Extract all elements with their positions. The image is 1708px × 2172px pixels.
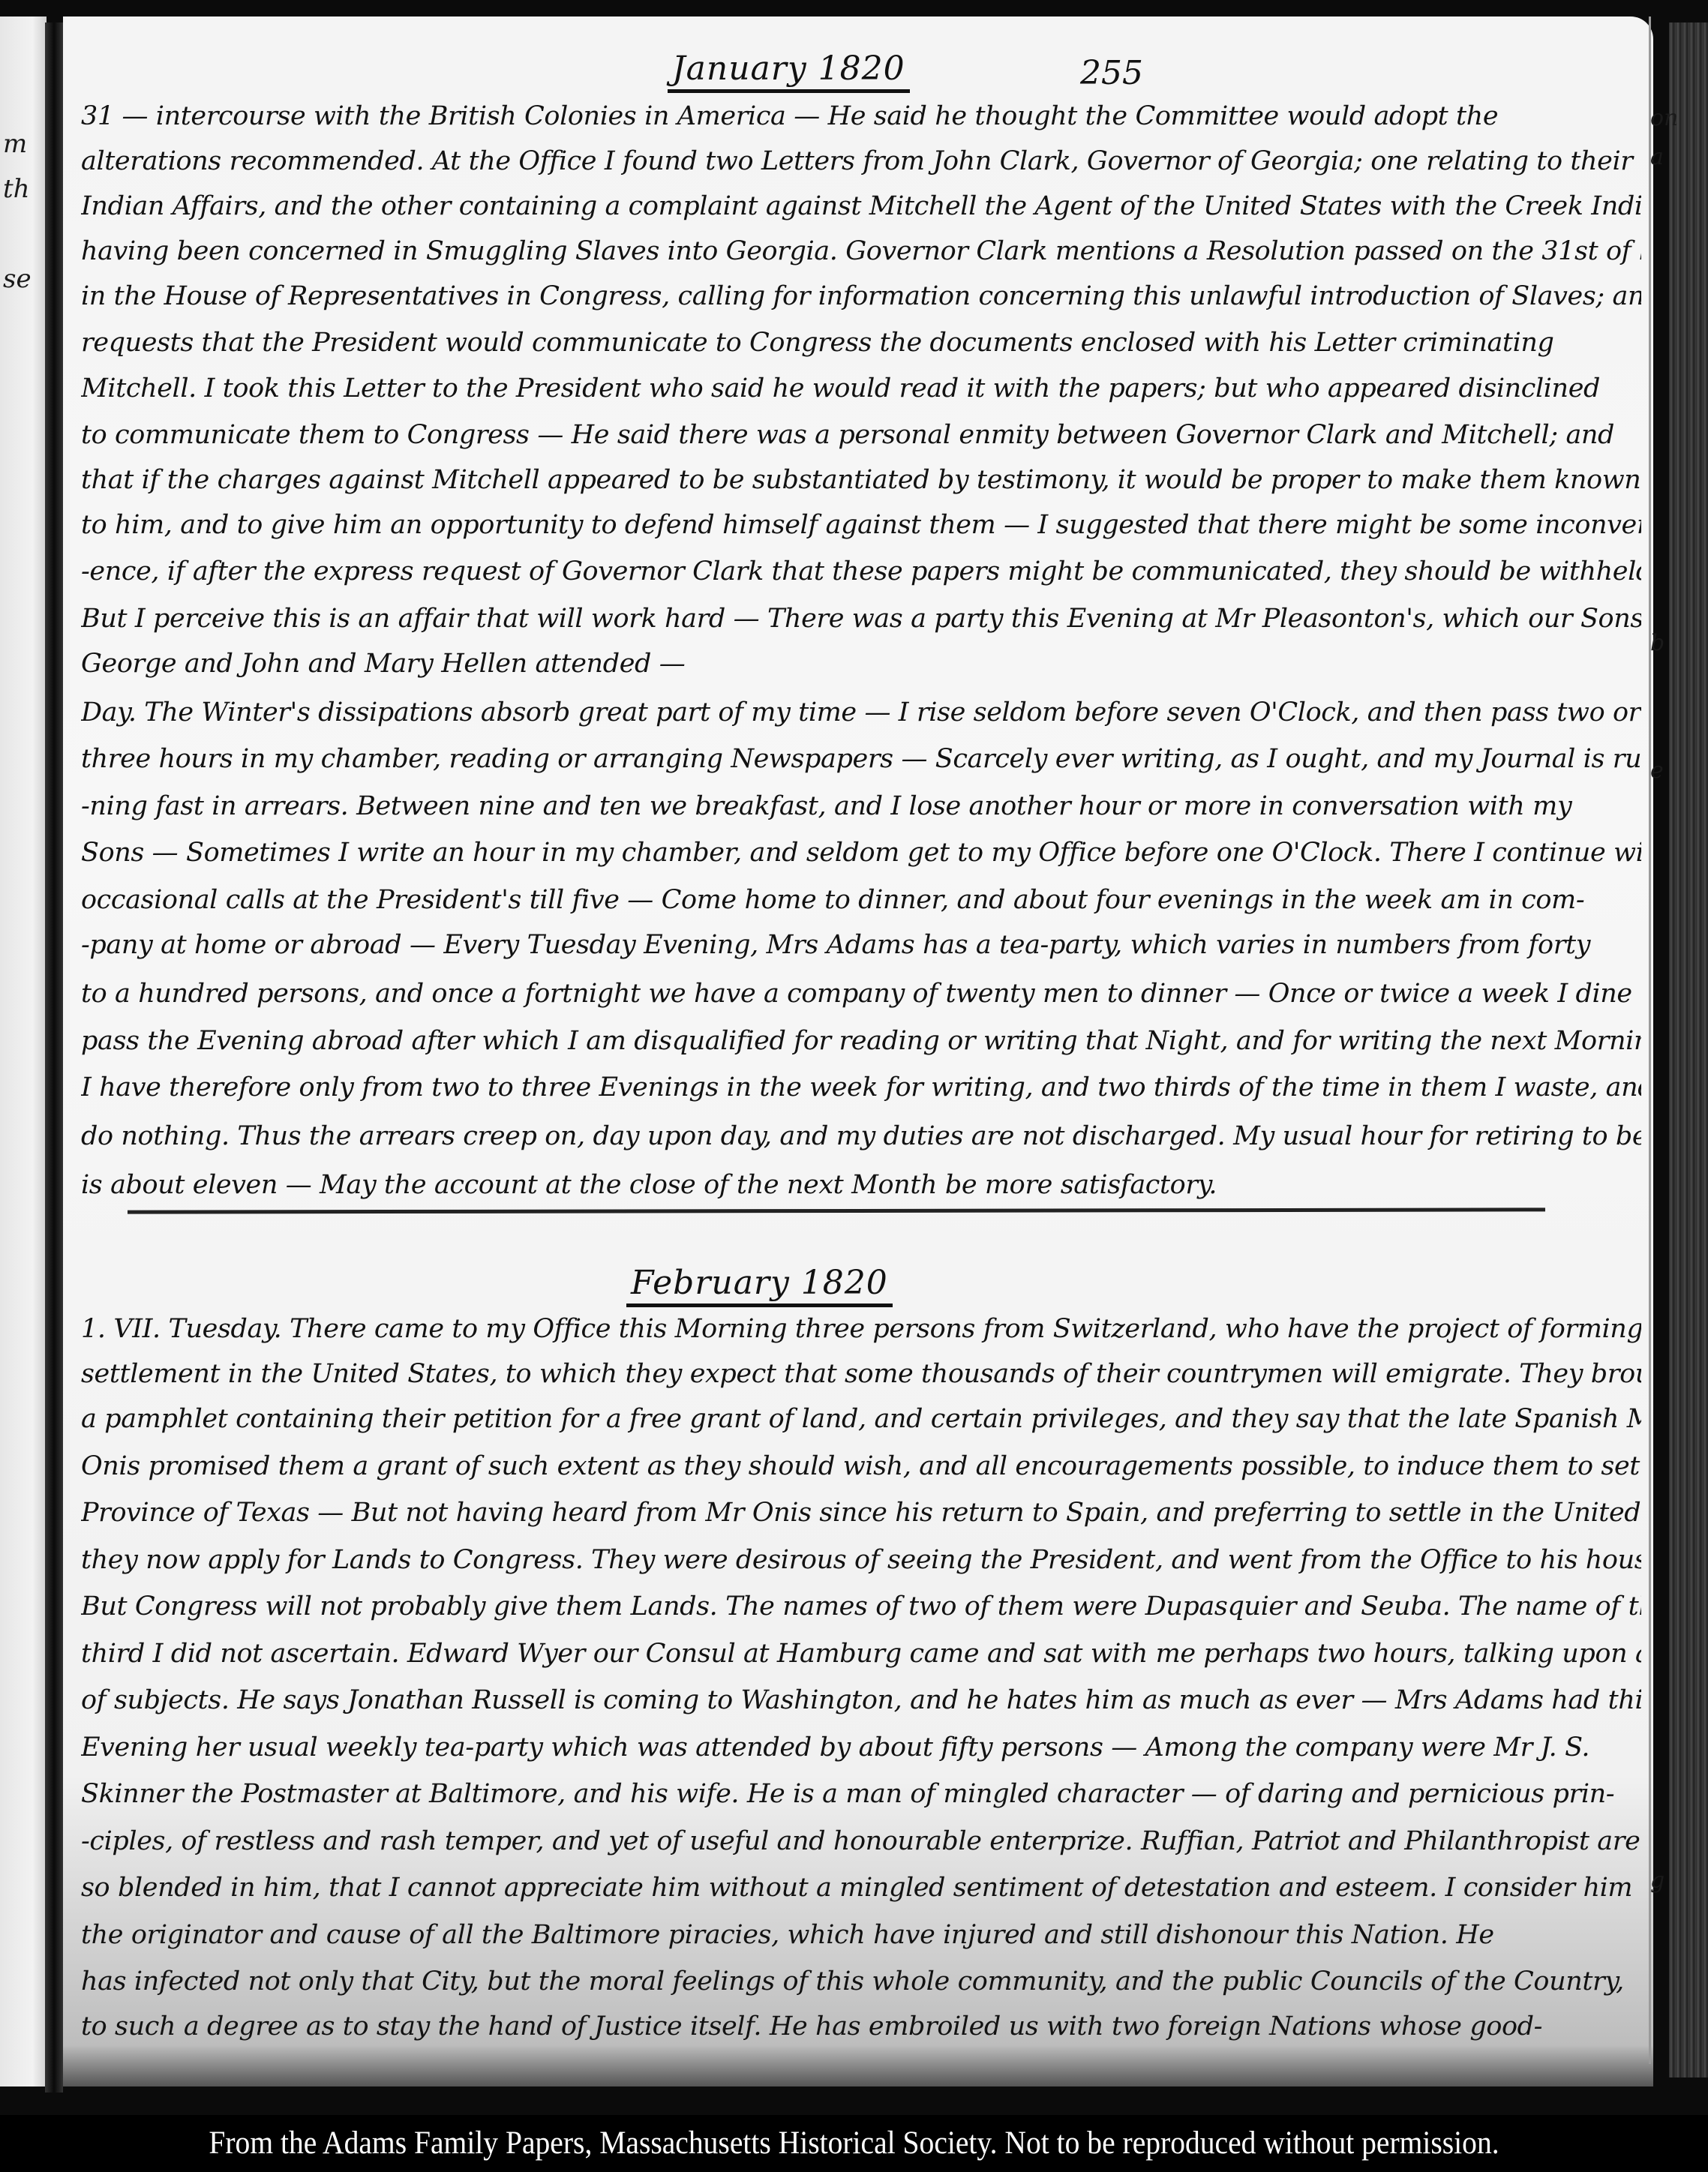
manuscript-line: to a hundred persons, and once a fortnig…	[81, 979, 1641, 1009]
manuscript-line: three hours in my chamber, reading or ar…	[81, 744, 1641, 774]
right-margin-fragment: a	[1650, 144, 1664, 170]
manuscript-line: But I perceive this is an affair that wi…	[81, 604, 1641, 634]
manuscript-line: has infected not only that City, but the…	[81, 1966, 1641, 1996]
right-margin-fragment: g	[1650, 1867, 1664, 1894]
manuscript-line: Skinner the Postmaster at Baltimore, and…	[81, 1779, 1641, 1809]
manuscript-line: I have therefore only from two to three …	[81, 1072, 1641, 1102]
manuscript-scan: m th se on a b e g January 1820 255 31 —…	[0, 0, 1708, 2115]
manuscript-line: a pamphlet containing their petition for…	[81, 1404, 1641, 1434]
manuscript-line: do nothing. Thus the arrears creep on, d…	[81, 1121, 1641, 1151]
manuscript-line: to communicate them to Congress — He sai…	[81, 420, 1641, 450]
manuscript-line: -ciples, of restless and rash temper, an…	[81, 1826, 1641, 1856]
manuscript-line: to such a degree as to stay the hand of …	[81, 2011, 1641, 2041]
manuscript-line: Onis promised them a grant of such exten…	[81, 1451, 1641, 1481]
manuscript-line: Province of Texas — But not having heard…	[81, 1498, 1641, 1528]
manuscript-line: of subjects. He says Jonathan Russell is…	[81, 1685, 1641, 1715]
manuscript-line: so blended in him, that I cannot appreci…	[81, 1873, 1641, 1903]
manuscript-line: George and John and Mary Hellen attended…	[81, 649, 1641, 679]
right-margin-fragment: e	[1650, 757, 1664, 784]
left-margin-fragment: th	[3, 174, 30, 204]
manuscript-line: 31 — intercourse with the British Coloni…	[81, 101, 1641, 131]
book-gutter	[45, 22, 63, 2092]
manuscript-line: Mitchell. I took this Letter to the Pres…	[81, 373, 1641, 403]
manuscript-line: Day. The Winter's dissipations absorb gr…	[81, 697, 1641, 727]
page-margin-rule	[1649, 16, 1651, 2064]
manuscript-line: they now apply for Lands to Congress. Th…	[81, 1545, 1641, 1575]
copyright-footer: From the Adams Family Papers, Massachuse…	[68, 2115, 1640, 2172]
left-margin-fragment: m	[3, 129, 27, 159]
manuscript-line: to him, and to give him an opportunity t…	[81, 510, 1641, 540]
manuscript-line: -ence, if after the express request of G…	[81, 556, 1641, 586]
manuscript-line: -pany at home or abroad — Every Tuesday …	[81, 930, 1641, 960]
manuscript-line: third I did not ascertain. Edward Wyer o…	[81, 1639, 1641, 1669]
manuscript-line: the originator and cause of all the Balt…	[81, 1920, 1641, 1950]
manuscript-line: But Congress will not probably give them…	[81, 1591, 1641, 1621]
section-heading-february: February 1820	[626, 1264, 893, 1307]
manuscript-line: 1. VII. Tuesday. There came to my Office…	[81, 1314, 1641, 1344]
manuscript-line: pass the Evening abroad after which I am…	[81, 1026, 1641, 1056]
page-number: 255	[1080, 54, 1143, 92]
manuscript-line: Indian Affairs, and the other containing…	[81, 191, 1641, 221]
right-margin-fragment: b	[1650, 630, 1664, 656]
manuscript-line: occasional calls at the President's till…	[81, 885, 1641, 915]
section-heading-january: January 1820	[668, 49, 910, 93]
right-margin-fragment: on	[1650, 105, 1678, 131]
manuscript-line: is about eleven — May the account at the…	[81, 1170, 1641, 1200]
manuscript-line: settlement in the United States, to whic…	[81, 1359, 1641, 1389]
manuscript-line: having been concerned in Smuggling Slave…	[81, 236, 1641, 266]
manuscript-line: Sons — Sometimes I write an hour in my c…	[81, 838, 1641, 868]
left-margin-fragment: se	[3, 264, 32, 294]
book-page-edges	[1669, 22, 1708, 2077]
manuscript-line: in the House of Representatives in Congr…	[81, 281, 1641, 311]
manuscript-line: alterations recommended. At the Office I…	[81, 146, 1641, 176]
left-page-edge: m th se	[0, 16, 47, 2086]
manuscript-line: that if the charges against Mitchell app…	[81, 465, 1641, 495]
manuscript-line: requests that the President would commun…	[81, 328, 1641, 358]
manuscript-line: Evening her usual weekly tea-party which…	[81, 1732, 1641, 1762]
manuscript-line: -ning fast in arrears. Between nine and …	[81, 791, 1641, 821]
